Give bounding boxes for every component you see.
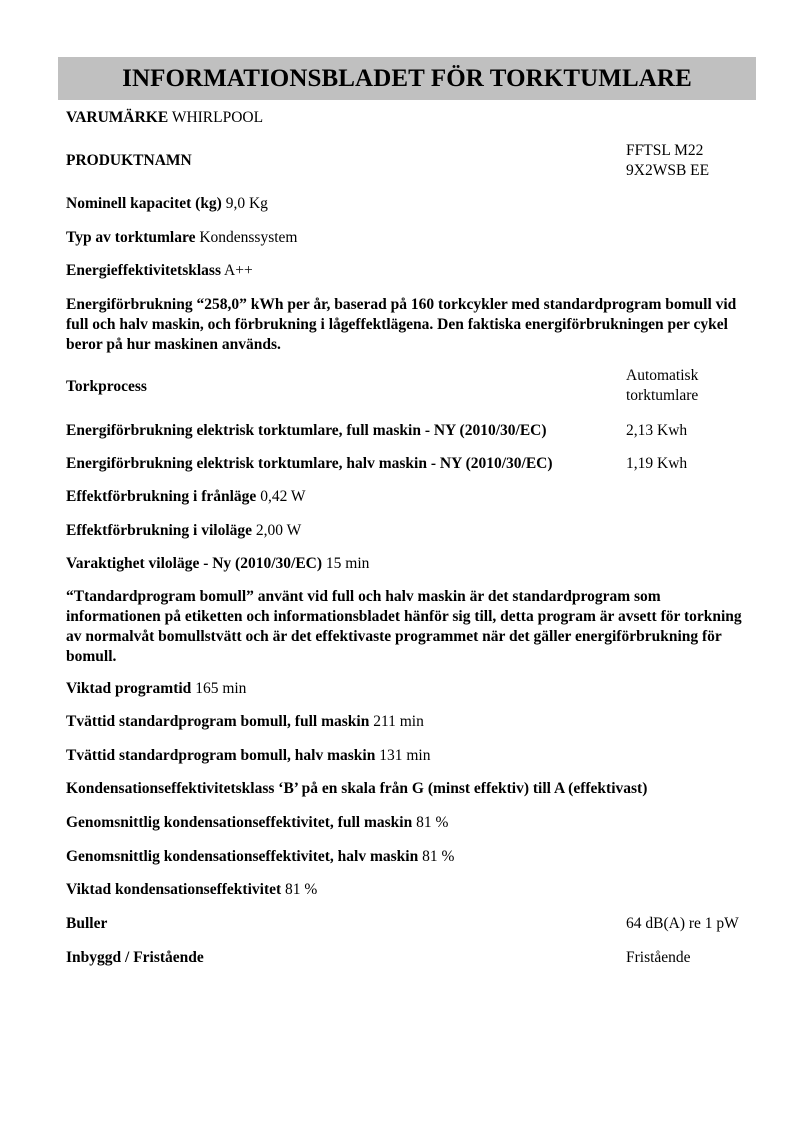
installation-label: Inbyggd / Fristående (66, 949, 204, 966)
power-off-label: Effektförbrukning i frånläge (66, 488, 256, 505)
power-standby-row: Effektförbrukning i viloläge 2,00 W (66, 521, 301, 541)
standby-duration-value: 15 min (326, 555, 370, 572)
product-name-value-line1: FFTSL M22 (626, 141, 709, 161)
product-name-value: FFTSL M22 9X2WSB EE (626, 141, 709, 181)
power-standby-value: 2,00 W (256, 522, 301, 539)
time-half-value: 131 min (379, 747, 430, 764)
power-off-row: Effektförbrukning i frånläge 0,42 W (66, 487, 306, 507)
standard-program-paragraph: “Ttandardprogram bomull” använt vid full… (66, 587, 756, 667)
dryer-type-row: Typ av torktumlare Kondenssystem (66, 228, 298, 248)
brand-label: VARUMÄRKE (66, 109, 168, 126)
dryer-type-value: Kondenssystem (199, 229, 297, 246)
condensation-full-value: 81 % (416, 814, 448, 831)
energy-class-row: Energieffektivitetsklass A++ (66, 261, 253, 281)
weighted-program-time-label: Viktad programtid (66, 680, 191, 697)
energy-half-row: Energiförbrukning elektrisk torktumlare,… (66, 454, 553, 474)
energy-half-label: Energiförbrukning elektrisk torktumlare,… (66, 455, 553, 472)
brand-row: VARUMÄRKE WHIRLPOOL (66, 108, 263, 128)
brand-value: WHIRLPOOL (172, 109, 263, 126)
energy-class-value: A++ (224, 262, 253, 279)
standby-duration-label: Varaktighet viloläge - Ny (2010/30/EC) (66, 555, 322, 572)
product-name-label: PRODUKTNAMN (66, 152, 192, 169)
condensation-full-label: Genomsnittlig kondensationseffektivitet,… (66, 814, 412, 831)
energy-full-label: Energiförbrukning elektrisk torktumlare,… (66, 422, 547, 439)
energy-consumption-paragraph: Energiförbrukning “258,0” kWh per år, ba… (66, 295, 756, 355)
capacity-label: Nominell kapacitet (kg) (66, 195, 222, 212)
energy-class-label: Energieffektivitetsklass (66, 262, 221, 279)
condensation-weighted-row: Viktad kondensationseffektivitet 81 % (66, 880, 317, 900)
document-header: INFORMATIONSBLADET FÖR TORKTUMLARE (58, 57, 756, 100)
condensation-weighted-value: 81 % (285, 881, 317, 898)
installation-row: Inbyggd / Fristående (66, 948, 204, 968)
condensation-full-row: Genomsnittlig kondensationseffektivitet,… (66, 813, 448, 833)
time-full-value: 211 min (373, 713, 424, 730)
condensation-half-value: 81 % (422, 848, 454, 865)
standby-duration-row: Varaktighet viloläge - Ny (2010/30/EC) 1… (66, 554, 369, 574)
condensation-half-label: Genomsnittlig kondensationseffektivitet,… (66, 848, 418, 865)
noise-row: Buller (66, 914, 107, 934)
weighted-program-time-row: Viktad programtid 165 min (66, 679, 246, 699)
power-standby-label: Effektförbrukning i viloläge (66, 522, 252, 539)
noise-value: 64 dB(A) re 1 pW (626, 914, 739, 934)
drying-process-row: Torkprocess (66, 377, 147, 397)
energy-half-value: 1,19 Kwh (626, 454, 687, 474)
power-off-value: 0,42 W (260, 488, 305, 505)
installation-value: Fristående (626, 948, 691, 968)
drying-process-label: Torkprocess (66, 378, 147, 395)
product-name-row: PRODUKTNAMN (66, 151, 192, 171)
weighted-program-time-value: 165 min (195, 680, 246, 697)
product-name-value-line2: 9X2WSB EE (626, 161, 709, 181)
time-full-row: Tvättid standardprogram bomull, full mas… (66, 712, 424, 732)
capacity-row: Nominell kapacitet (kg) 9,0 Kg (66, 194, 268, 214)
condensation-half-row: Genomsnittlig kondensationseffektivitet,… (66, 847, 454, 867)
energy-full-value: 2,13 Kwh (626, 421, 687, 441)
noise-label: Buller (66, 915, 107, 932)
condensation-weighted-label: Viktad kondensationseffektivitet (66, 881, 281, 898)
time-half-label: Tvättid standardprogram bomull, halv mas… (66, 747, 375, 764)
drying-process-value-line2: torktumlare (626, 386, 698, 406)
drying-process-value-line1: Automatisk (626, 366, 698, 386)
document-title: INFORMATIONSBLADET FÖR TORKTUMLARE (122, 65, 692, 93)
condensation-class-row: Kondensationseffektivitetsklass ‘B’ på e… (66, 779, 647, 799)
condensation-class-text: Kondensationseffektivitetsklass ‘B’ på e… (66, 780, 647, 797)
drying-process-value: Automatisk torktumlare (626, 366, 698, 406)
capacity-value: 9,0 Kg (226, 195, 268, 212)
time-full-label: Tvättid standardprogram bomull, full mas… (66, 713, 369, 730)
energy-full-row: Energiförbrukning elektrisk torktumlare,… (66, 421, 547, 441)
time-half-row: Tvättid standardprogram bomull, halv mas… (66, 746, 430, 766)
dryer-type-label: Typ av torktumlare (66, 229, 195, 246)
